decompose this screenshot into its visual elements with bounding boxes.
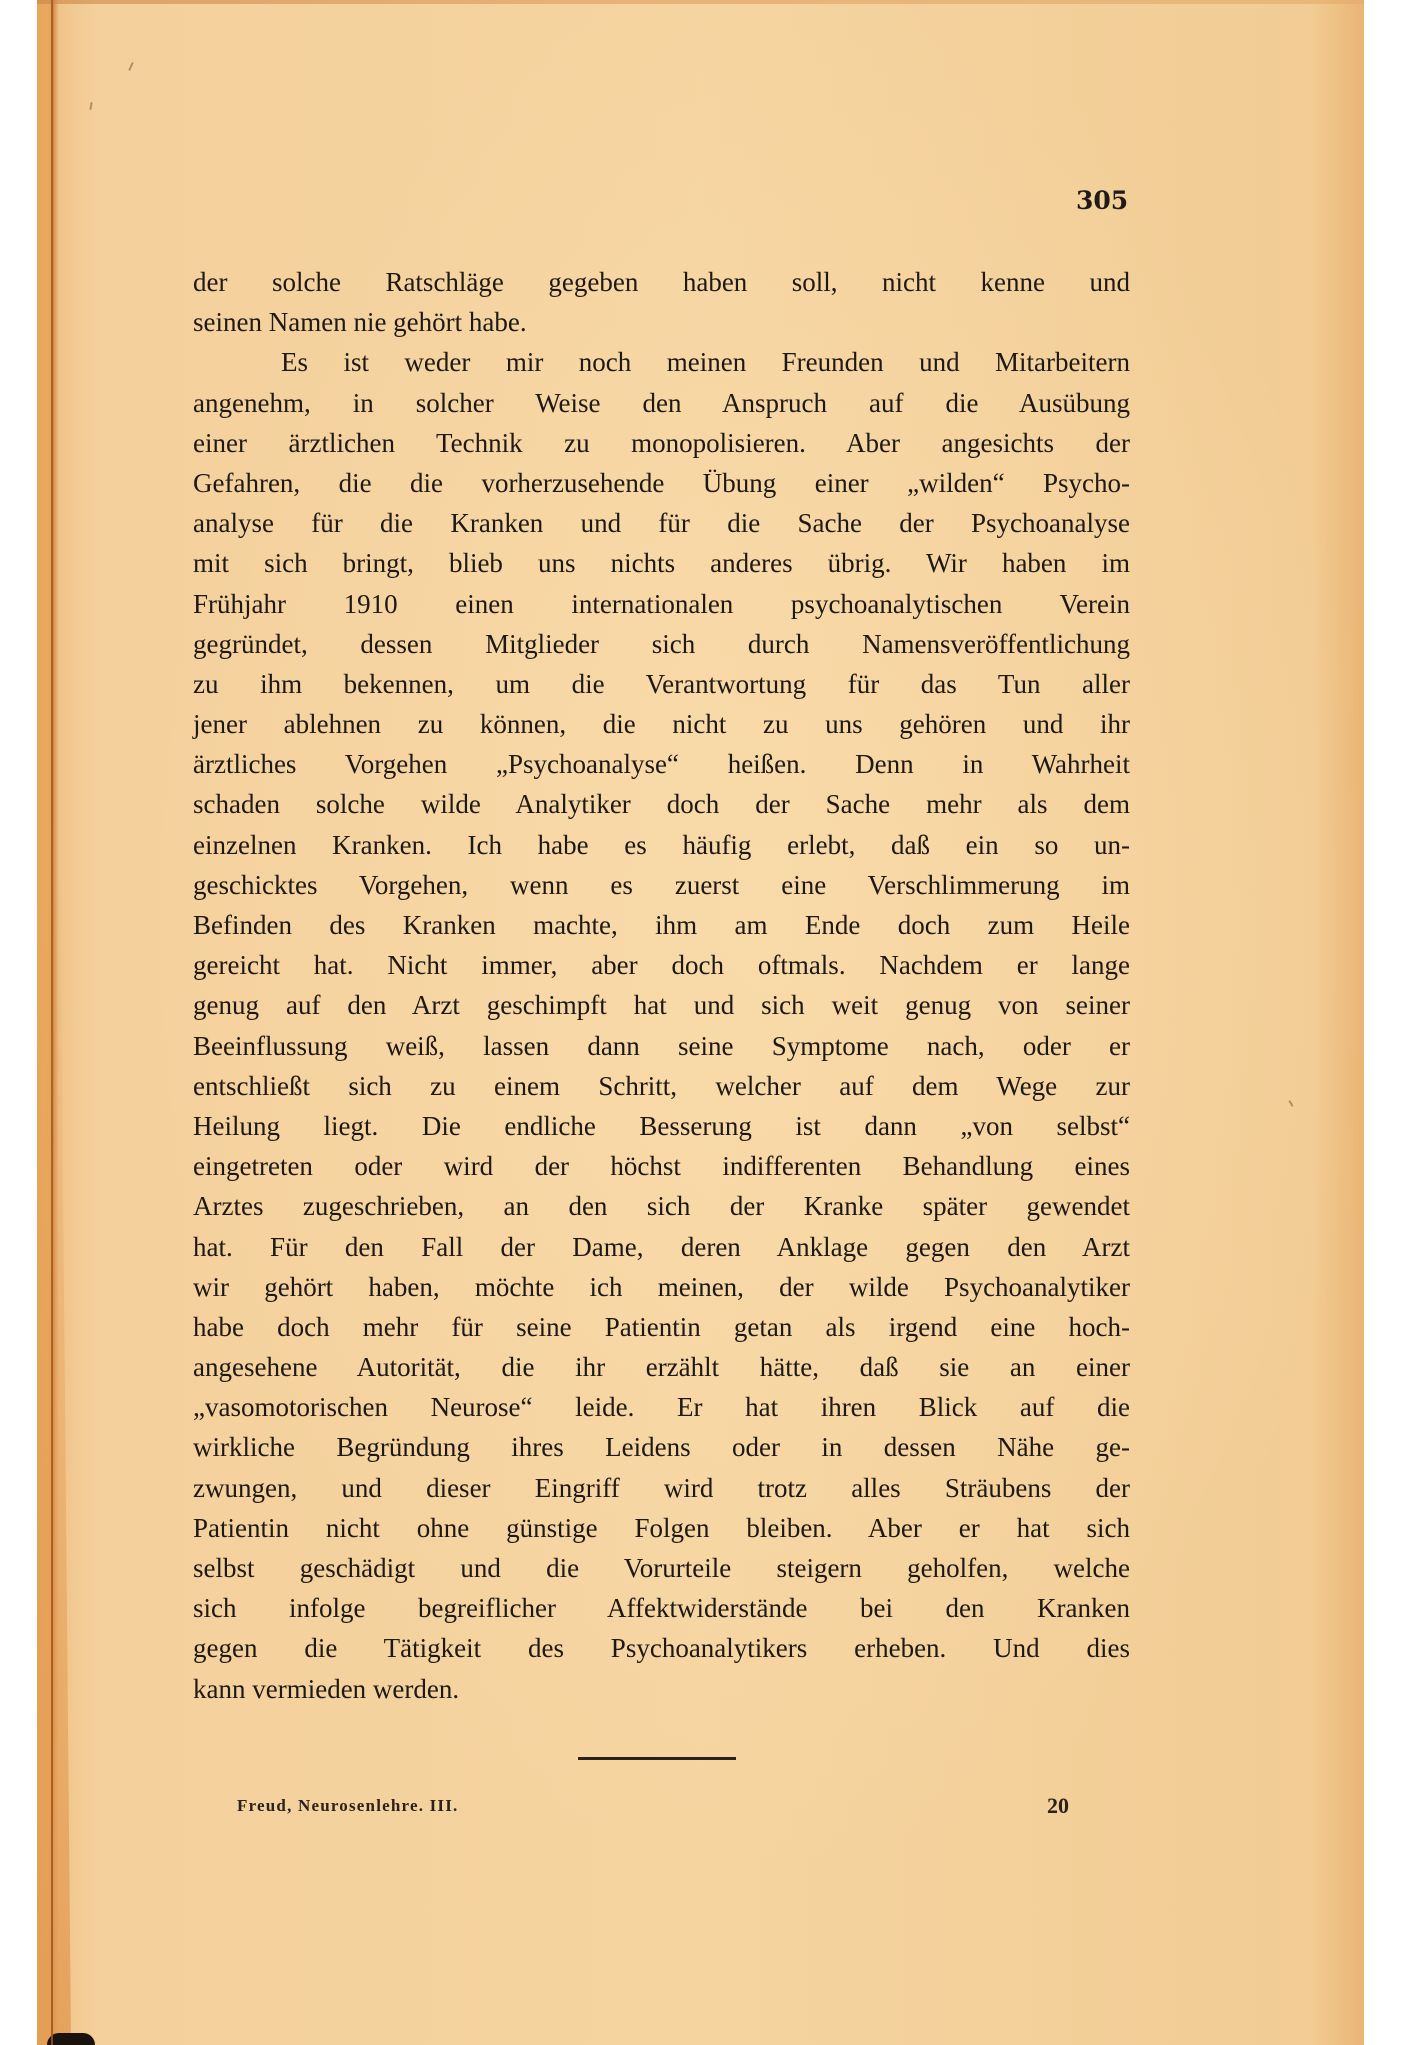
text-line: mit sich bringt, blieb uns nichts andere… <box>193 543 1130 583</box>
text-line: der solche Ratschläge gegeben haben soll… <box>193 262 1130 302</box>
text-line: gereicht hat. Nicht immer, aber doch oft… <box>193 945 1130 985</box>
text-line: Es ist weder mir noch meinen Freunden un… <box>193 342 1130 382</box>
text-line: seinen Namen nie gehört habe. <box>193 302 1130 342</box>
text-line: zu ihm bekennen, um die Verantwortung fü… <box>193 664 1130 704</box>
page-number: 305 <box>1076 186 1128 215</box>
text-line: analyse für die Kranken und für die Sach… <box>193 503 1130 543</box>
section-divider <box>578 1757 736 1760</box>
text-line: jener ablehnen zu können, die nicht zu u… <box>193 704 1130 744</box>
text-line: geschicktes Vorgehen, wenn es zuerst ein… <box>193 865 1130 905</box>
text-line: einzelnen Kranken. Ich habe es häufig er… <box>193 825 1130 865</box>
text-line: zwungen, und dieser Eingriff wird trotz … <box>193 1468 1130 1508</box>
text-line: gegen die Tätigkeit des Psychoanalytiker… <box>193 1628 1130 1668</box>
text-line: Beeinflussung weiß, lassen dann seine Sy… <box>193 1026 1130 1066</box>
text-line: wir gehört haben, möchte ich meinen, der… <box>193 1267 1130 1307</box>
page-top-edge <box>37 0 1364 4</box>
text-line: wirkliche Begründung ihres Leidens oder … <box>193 1427 1130 1467</box>
text-line: einer ärztlichen Technik zu monopolisier… <box>193 423 1130 463</box>
text-line: ärztliches Vorgehen „Psychoanalyse“ heiß… <box>193 744 1130 784</box>
text-line: hat. Für den Fall der Dame, deren Anklag… <box>193 1227 1130 1267</box>
body-text: der solche Ratschläge gegeben haben soll… <box>193 262 1130 1709</box>
text-line: „vasomotorischen Neurose“ leide. Er hat … <box>193 1387 1130 1427</box>
text-line: Gefahren, die die vorherzusehende Übung … <box>193 463 1130 503</box>
text-line: Frühjahr 1910 einen internationalen psyc… <box>193 584 1130 624</box>
binding-edge <box>51 0 53 2045</box>
text-line: sich infolge begreiflicher Affektwiderst… <box>193 1588 1130 1628</box>
text-line: Befinden des Kranken machte, ihm am Ende… <box>193 905 1130 945</box>
text-line: entschließt sich zu einem Schritt, welch… <box>193 1066 1130 1106</box>
text-line: gegründet, dessen Mitglieder sich durch … <box>193 624 1130 664</box>
text-line: angesehene Autorität, die ihr erzählt hä… <box>193 1347 1130 1387</box>
text-line: Arztes zugeschrieben, an den sich der Kr… <box>193 1186 1130 1226</box>
text-line: Heilung liegt. Die endliche Besserung is… <box>193 1106 1130 1146</box>
text-line: habe doch mehr für seine Patientin getan… <box>193 1307 1130 1347</box>
signature-mark: 20 <box>1047 1793 1069 1819</box>
text-line: kann vermieden werden. <box>193 1669 1130 1709</box>
text-line: Patientin nicht ohne günstige Folgen ble… <box>193 1508 1130 1548</box>
text-line: selbst geschädigt und die Vorurteile ste… <box>193 1548 1130 1588</box>
text-line: schaden solche wilde Analytiker doch der… <box>193 784 1130 824</box>
text-line: eingetreten oder wird der höchst indiffe… <box>193 1146 1130 1186</box>
footer-title: Freud, Neurosenlehre. III. <box>237 1796 459 1816</box>
text-line: genug auf den Arzt geschimpft hat und si… <box>193 985 1130 1025</box>
text-line: angenehm, in solcher Weise den Anspruch … <box>193 383 1130 423</box>
